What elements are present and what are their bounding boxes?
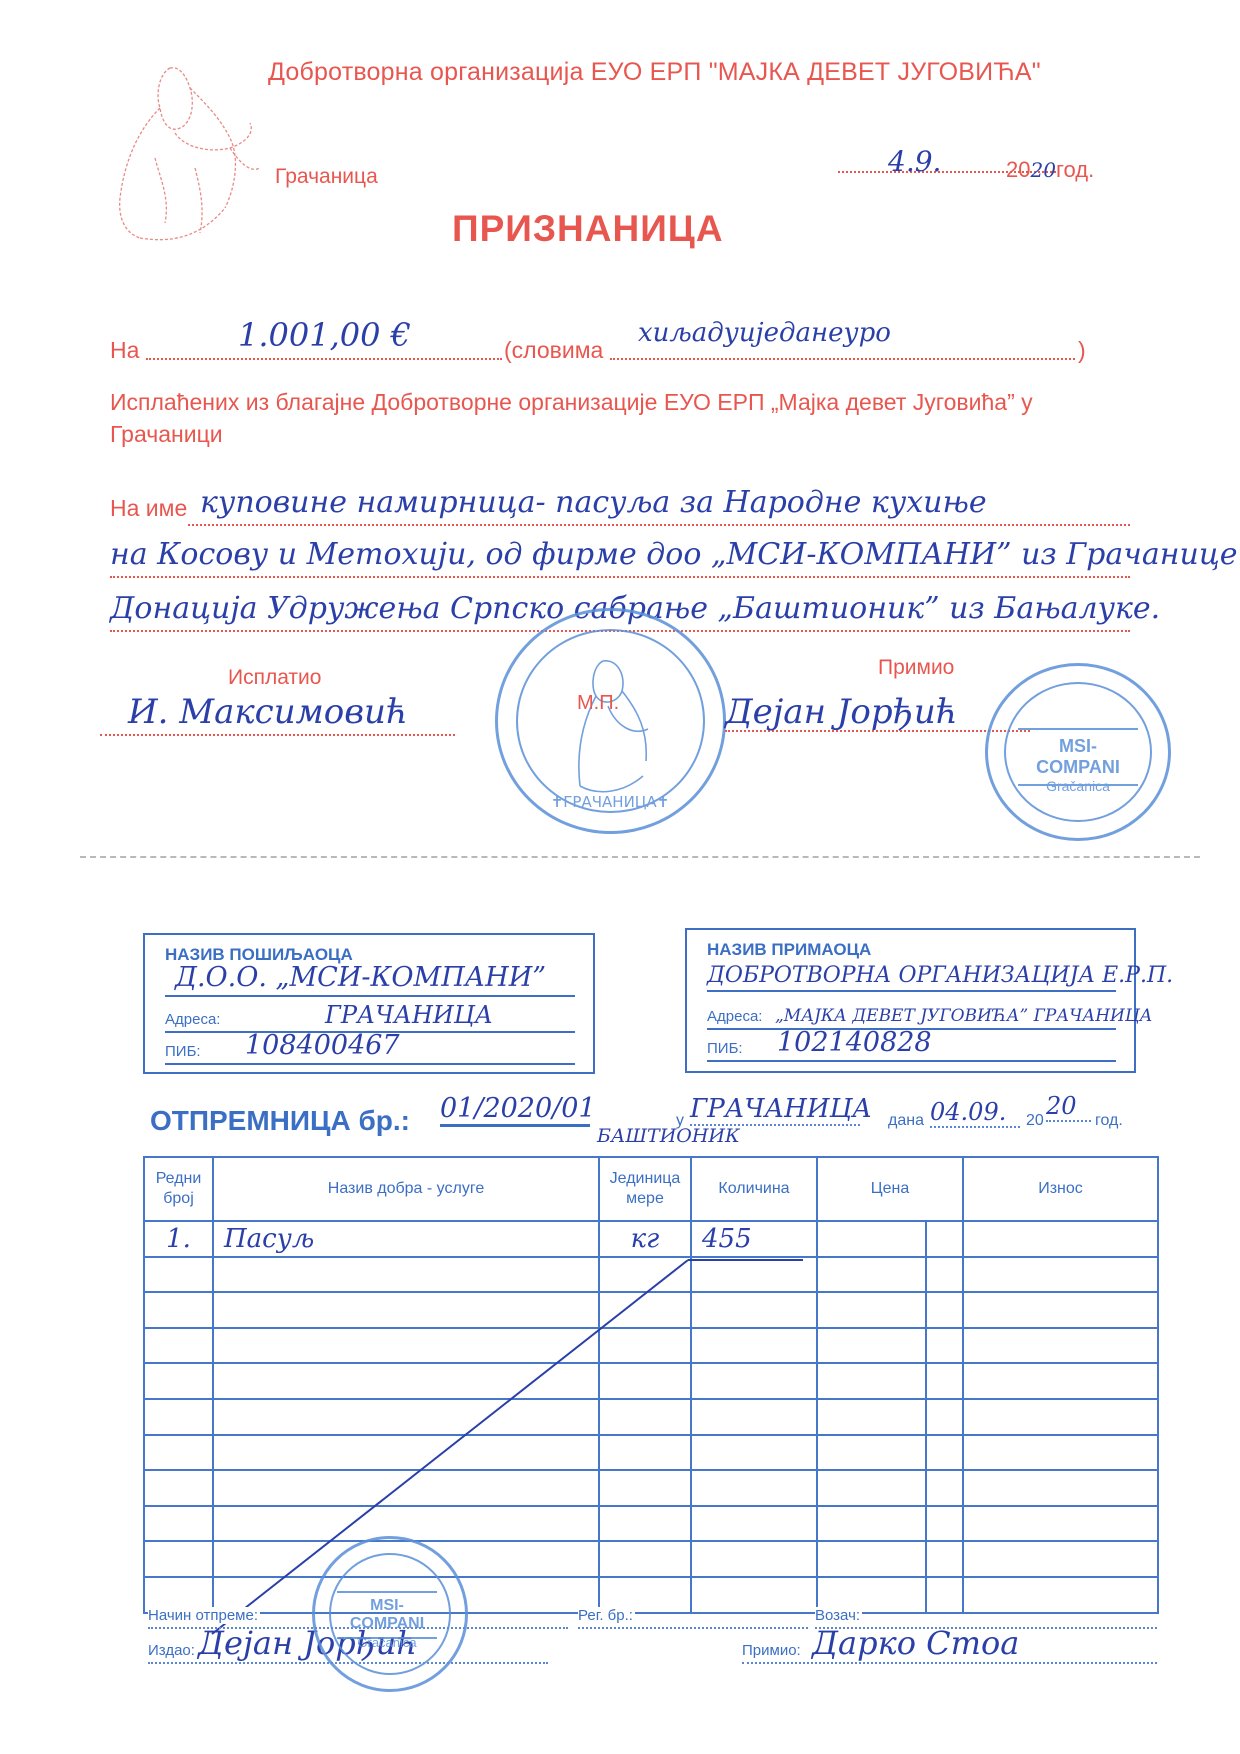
sender-address: ГРАЧАНИЦА — [325, 1001, 493, 1029]
registration-label: Рег. бр.: — [578, 1607, 635, 1624]
table-row — [144, 1292, 1158, 1328]
receipt-date-field: 4.9. 2020год. — [838, 145, 1106, 181]
table-row — [144, 1506, 1158, 1542]
table-cell — [963, 1257, 1158, 1293]
issued-by-label: Издао: — [148, 1642, 197, 1659]
table-cell — [817, 1257, 926, 1293]
purpose-line-1: На име куповине намирница- пасуља за Нар… — [110, 478, 1130, 526]
paid-by-label: Исплатио — [228, 666, 321, 690]
table-cell — [691, 1399, 817, 1435]
paid-by-signature-field: И. Максимовић — [100, 692, 455, 736]
sender-address-label: Адреса: — [165, 1011, 220, 1028]
recipient-tax-id-line: ПИБ: 102140828 — [707, 1026, 1116, 1062]
table-cell — [963, 1399, 1158, 1435]
paid-from-text: Исплаћених из благајне Добротворне орган… — [110, 386, 1090, 450]
purpose-dotted-line — [110, 576, 1130, 578]
table-cell — [817, 1541, 926, 1577]
paid-by-signature: И. Максимовић — [128, 692, 408, 732]
company-stamp: MSI-COMPANI Gračanica — [985, 663, 1171, 841]
date-value: 04.09. — [930, 1098, 1020, 1128]
table-row — [144, 1257, 1158, 1293]
receipt-title: ПРИЗНАНИЦА — [452, 208, 724, 250]
recipient-name: ДОБРОТВОРНА ОРГАНИЗАЦИЈА Е.Р.П. — [707, 963, 1173, 988]
sender-address-line: Адреса: ГРАЧАНИЦА — [165, 997, 575, 1033]
stamp-company-city: Gračanica — [337, 1635, 437, 1650]
amount-words-dotted-line — [610, 358, 1075, 360]
table-cell — [817, 1221, 926, 1257]
table-cell — [599, 1435, 691, 1471]
table-cell — [926, 1435, 963, 1471]
table-cell — [926, 1328, 963, 1364]
svg-text:✝ГРАЧАНИЦА✝: ✝ГРАЧАНИЦА✝ — [551, 793, 670, 811]
table-cell — [963, 1435, 1158, 1471]
table-cell — [691, 1435, 817, 1471]
year-suffix: год. — [1095, 1112, 1123, 1130]
date-year: 2020год. — [1006, 157, 1094, 183]
delivery-note-number: 01/2020/01 — [440, 1093, 590, 1127]
table-cell — [599, 1257, 691, 1293]
table-cell — [963, 1292, 1158, 1328]
table-cell — [817, 1399, 926, 1435]
recipient-tax-id-label: ПИБ: — [707, 1040, 743, 1057]
table-cell — [926, 1292, 963, 1328]
sender-name: Д.О.О. „МСИ-КОМПАНИ” — [175, 962, 546, 993]
date-handwritten: 4.9. — [888, 145, 941, 178]
column-header: Цена — [817, 1157, 963, 1221]
sender-name-line: Д.О.О. „МСИ-КОМПАНИ” — [165, 961, 575, 997]
table-cell — [213, 1292, 599, 1328]
table-cell — [926, 1363, 963, 1399]
table-cell — [144, 1292, 213, 1328]
table-row — [144, 1470, 1158, 1506]
table-cell — [144, 1399, 213, 1435]
stamp-figure-icon: ✝ГРАЧАНИЦА✝ — [498, 611, 723, 831]
amount-words-label: (словима — [504, 337, 603, 364]
table-cell — [691, 1292, 817, 1328]
table-cell — [599, 1506, 691, 1542]
table-cell — [599, 1399, 691, 1435]
year-handwritten: 20 — [1030, 158, 1055, 182]
table-cell — [599, 1470, 691, 1506]
purpose-label: На име — [110, 495, 187, 522]
sender-tax-id-line: ПИБ: 108400467 — [165, 1029, 575, 1065]
date-label: дана — [888, 1112, 924, 1130]
table-cell — [144, 1470, 213, 1506]
amount-dotted-line — [146, 358, 502, 360]
table-row — [144, 1435, 1158, 1471]
table-cell — [144, 1506, 213, 1542]
received-by-signature: Дарко Стоа — [812, 1624, 1019, 1662]
table-cell — [963, 1541, 1158, 1577]
table-cell — [817, 1470, 926, 1506]
company-stamp-bottom: MSI-COMPANI Gračanica — [312, 1536, 468, 1692]
table-cell — [691, 1363, 817, 1399]
table-cell — [213, 1470, 599, 1506]
table-header-row: Редни број Назив добра - услуге Јединица… — [144, 1157, 1158, 1221]
table-cell — [926, 1541, 963, 1577]
table-cell — [691, 1470, 817, 1506]
table-cell — [144, 1435, 213, 1471]
table-cell — [817, 1292, 926, 1328]
column-header: Назив добра - услуге — [213, 1157, 599, 1221]
handwritten-note: БАШТИОНИК — [597, 1125, 740, 1147]
city-label: Грачаница — [275, 165, 378, 189]
table-cell — [599, 1541, 691, 1577]
recipient-box: НАЗИВ ПРИМАОЦА ДОБРОТВОРНА ОРГАНИЗАЦИЈА … — [685, 928, 1136, 1073]
table-cell — [144, 1363, 213, 1399]
received-label: Примио — [878, 656, 954, 680]
recipient-address-line: Адреса: „МАЈКА ДЕВЕТ ЈУГОВИЋА” ГРАЧАНИЦА — [707, 994, 1116, 1030]
table-cell — [599, 1363, 691, 1399]
delivery-note-title: ОТПРЕМНИЦА бр.: — [150, 1105, 410, 1137]
table-cell — [691, 1541, 817, 1577]
table-cell — [817, 1506, 926, 1542]
sender-box: НАЗИВ ПОШИЉАОЦА Д.О.О. „МСИ-КОМПАНИ” Адр… — [143, 933, 595, 1074]
table-cell — [926, 1470, 963, 1506]
received-signature: Дејан Јорђић — [725, 692, 958, 732]
organization-title: Добротворна организација ЕУО ЕРП "МАЈКА … — [268, 58, 1041, 87]
table-row: 1.Пасуљкг455 — [144, 1221, 1158, 1257]
sender-tax-id-label: ПИБ: — [165, 1043, 201, 1060]
organization-stamp: ✝ГРАЧАНИЦА✝ — [495, 608, 726, 834]
table-cell — [963, 1470, 1158, 1506]
year-prefix: 20 — [1026, 1112, 1044, 1130]
table-cell — [963, 1363, 1158, 1399]
table-cell — [599, 1328, 691, 1364]
table-cell: Пасуљ — [213, 1221, 599, 1257]
table-cell — [144, 1328, 213, 1364]
table-cell — [963, 1506, 1158, 1542]
recipient-address-label: Адреса: — [707, 1008, 762, 1025]
recipient-name-line: ДОБРОТВОРНА ОРГАНИЗАЦИЈА Е.Р.П. — [707, 956, 1116, 992]
organization-logo-mother-icon — [100, 48, 275, 248]
amount-value: 1.001,00 € — [238, 316, 411, 354]
table-cell — [926, 1257, 963, 1293]
table-cell: кг — [599, 1221, 691, 1257]
table-cell — [817, 1328, 926, 1364]
table-cell — [213, 1435, 599, 1471]
year-value: 20 — [1046, 1092, 1091, 1122]
recipient-tax-id: 102140828 — [777, 1027, 932, 1058]
table-cell — [926, 1221, 963, 1257]
table-cell — [213, 1399, 599, 1435]
table-row — [144, 1328, 1158, 1364]
table-row — [144, 1399, 1158, 1435]
table-cell — [213, 1328, 599, 1364]
year-suffix: год. — [1056, 157, 1094, 182]
table-cell — [213, 1363, 599, 1399]
recipient-address: „МАЈКА ДЕВЕТ ЈУГОВИЋА” ГРАЧАНИЦА — [775, 1006, 1153, 1026]
registration-field: Рег. бр.: — [578, 1597, 808, 1629]
column-header: Редни број — [144, 1157, 213, 1221]
place-value: ГРАЧАНИЦА — [690, 1094, 860, 1126]
amount-words-value: хиљадуиједанеуро — [638, 318, 891, 348]
table-cell — [817, 1435, 926, 1471]
amount-row: На 1.001,00 € (словима хиљадуиједанеуро … — [110, 322, 1090, 366]
table-cell: 1. — [144, 1221, 213, 1257]
items-table: Редни број Назив добра - услуге Јединица… — [143, 1156, 1159, 1614]
table-cell — [926, 1506, 963, 1542]
purpose-line-2: на Косову и Метохији, од фирме доо „МСИ-… — [110, 530, 1130, 578]
sender-tax-id: 108400467 — [245, 1030, 400, 1061]
table-cell — [144, 1257, 213, 1293]
table-cell — [926, 1399, 963, 1435]
stamp-placeholder-label: М.П. — [577, 692, 619, 715]
table-cell — [213, 1257, 599, 1293]
received-by-field: Примио: Дарко Стоа — [742, 1632, 1157, 1664]
table-cell — [963, 1328, 1158, 1364]
amount-label: На — [110, 337, 139, 364]
year-prefix: 20 — [1006, 157, 1030, 182]
table-cell — [691, 1328, 817, 1364]
purpose-dotted-line — [188, 524, 1130, 526]
table-cell — [691, 1506, 817, 1542]
received-signature-field: Дејан Јорђић — [725, 680, 1030, 732]
table-cell — [817, 1363, 926, 1399]
column-header: Износ — [963, 1157, 1158, 1221]
signature-dotted-line — [100, 734, 455, 736]
page-separator — [80, 856, 1200, 858]
table-cell: 455 — [691, 1221, 817, 1257]
table-row — [144, 1541, 1158, 1577]
driver-label: Возач: — [815, 1607, 862, 1624]
table-cell — [963, 1221, 1158, 1257]
table-cell — [144, 1541, 213, 1577]
received-by-label: Примио: — [742, 1642, 803, 1659]
stamp-company-city: Gračanica — [1018, 778, 1138, 794]
shipping-method-label: Начин отпреме: — [148, 1607, 260, 1624]
amount-words-close: ) — [1078, 337, 1086, 364]
stamp-company-name: MSI-COMPANI — [337, 1591, 437, 1639]
column-header: Јединица мере — [599, 1157, 691, 1221]
table-row — [144, 1363, 1158, 1399]
table-cell — [599, 1292, 691, 1328]
column-header: Количина — [691, 1157, 817, 1221]
purpose-text: на Косову и Метохији, од фирме доо „МСИ-… — [110, 537, 1238, 572]
table-cell — [213, 1506, 599, 1542]
table-cell — [691, 1257, 817, 1293]
purpose-text: куповине намирница- пасуља за Народне ку… — [200, 485, 987, 520]
